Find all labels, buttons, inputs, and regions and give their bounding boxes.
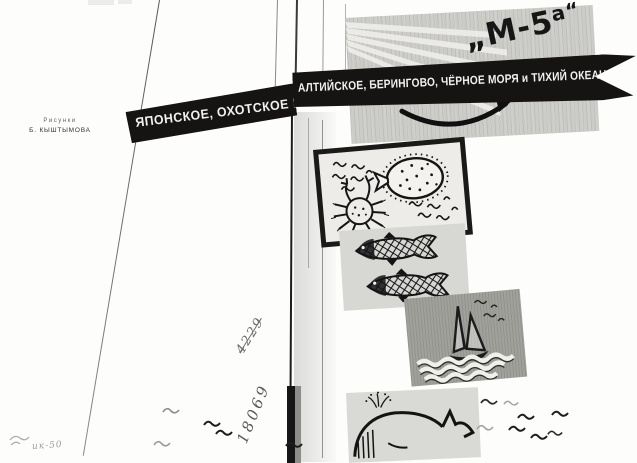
ribbon-left-text: ЯПОНСКОЕ, ОХОТСКОЕ Б (125, 83, 303, 131)
pencil-scribble-icon (8, 434, 30, 450)
handwritten-corner-note: ик-50 (32, 440, 63, 452)
wave-mark-icon (503, 398, 519, 407)
wave-mark-icon (517, 411, 535, 421)
wave-mark-icon (547, 428, 563, 437)
panel-sailboat (404, 289, 527, 387)
wave-mark-icon (285, 439, 303, 449)
title-ribbon-left: ЯПОНСКОЕ, ОХОТСКОЕ Б (125, 83, 299, 143)
m5a-sup: а“ (549, 0, 582, 26)
scan-smudge (118, 0, 132, 4)
wave-mark-icon (476, 422, 494, 432)
handwritten-inventory-number: 18069 (233, 381, 273, 446)
gull-marks-icon (474, 298, 504, 322)
wave-mark-icon (153, 438, 171, 448)
credit-line1: Рисунки (20, 117, 100, 126)
flounder-icon (373, 151, 450, 205)
whale-illustration (346, 387, 481, 463)
spine-bar (287, 386, 295, 463)
wave-mark-icon (162, 405, 180, 415)
illustrator-credit: Рисунки Б. КЫШТЫМОВА (20, 117, 100, 135)
waves-icon (418, 353, 516, 385)
wave-mark-icon (215, 427, 233, 437)
sailboat-icon (445, 304, 490, 363)
spine-bar-shade (295, 386, 301, 463)
scanned-page: „М-5а“ ЯПОНСКОЕ, ОХОТСКОЕ Б АЛТИЙСКОЕ, Б… (0, 0, 637, 463)
spine-line (290, 112, 294, 388)
panel-whale (346, 387, 481, 463)
wave-mark-icon (551, 408, 569, 418)
scan-smudge (88, 0, 114, 5)
salmon-icon (355, 229, 437, 268)
whale-spout-icon (365, 391, 392, 408)
wave-mark-icon (508, 423, 526, 433)
credit-line2: Б. КЫШТЫМОВА (20, 126, 100, 135)
handwritten-crossed-number: 4229 (233, 314, 267, 357)
wave-mark-icon (480, 396, 498, 406)
fold-line (308, 118, 309, 268)
page-edge-line (83, 0, 161, 456)
whale-icon (353, 409, 474, 458)
wave-mark-icon (530, 431, 548, 441)
fold-line (275, 0, 278, 90)
sailboat-illustration (404, 289, 527, 387)
